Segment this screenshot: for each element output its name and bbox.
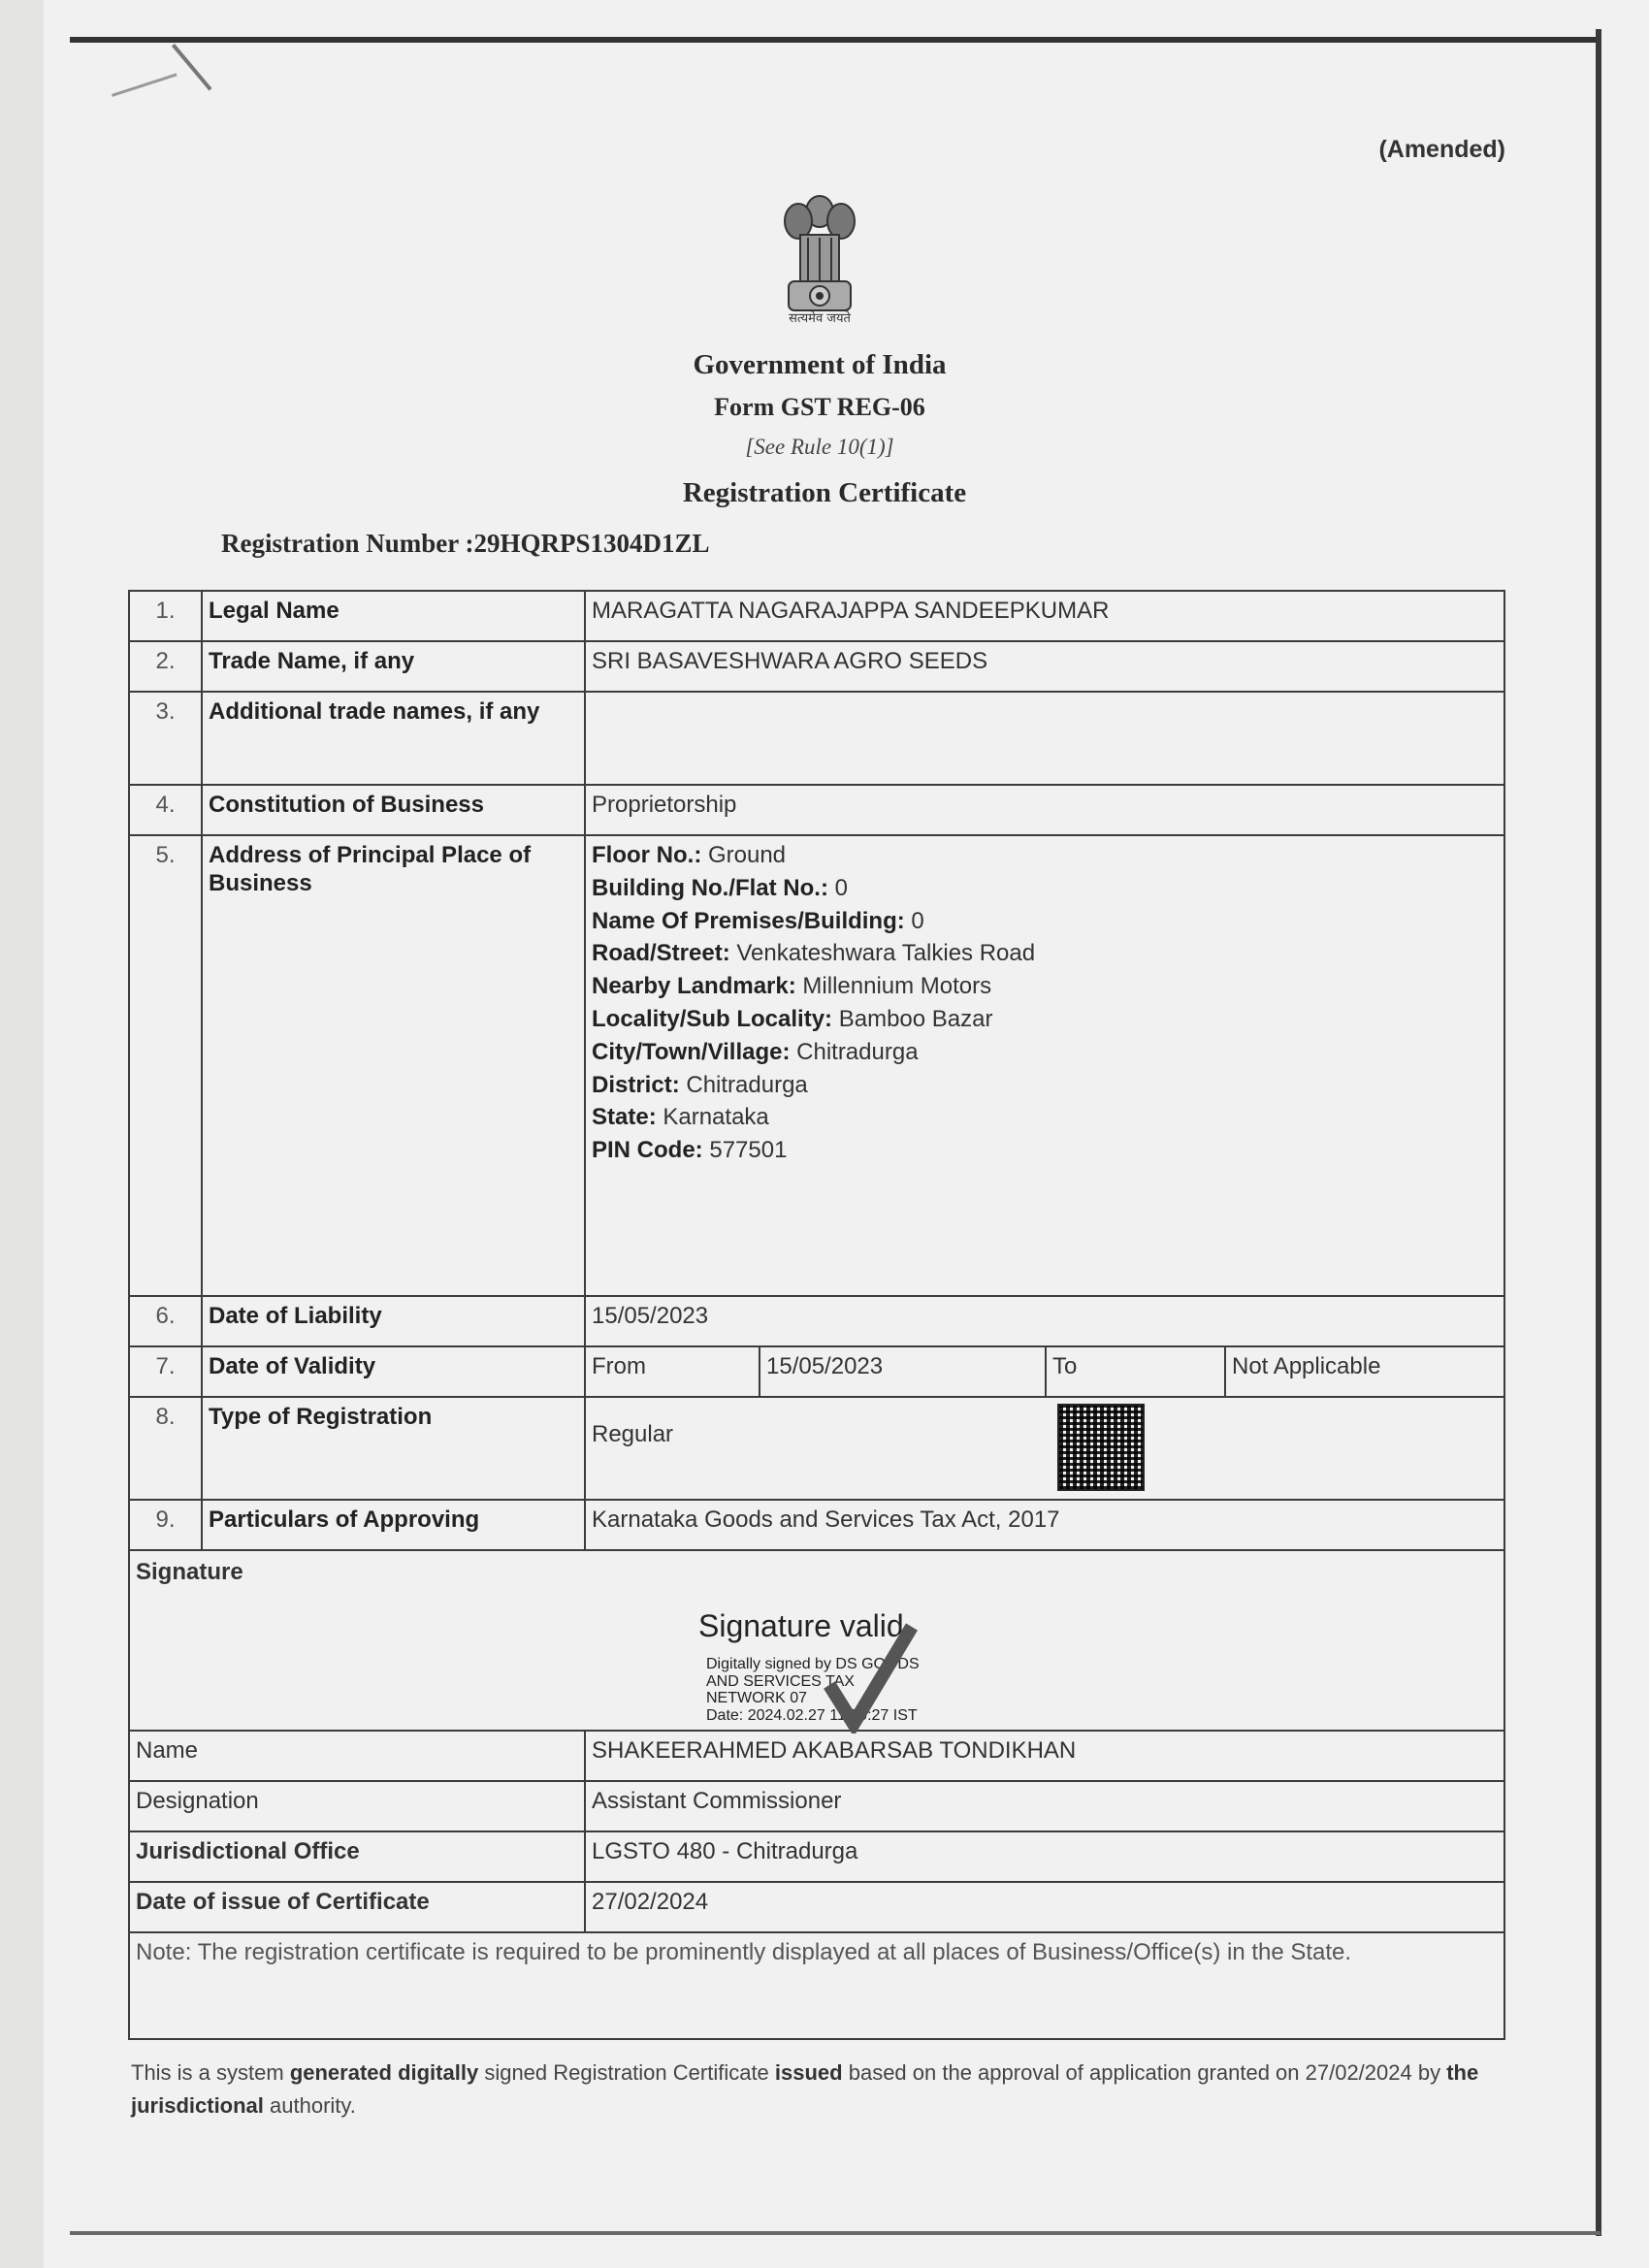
validity-to-label: To [1046, 1346, 1225, 1397]
validity-from-label: From [585, 1346, 760, 1397]
address-pin: PIN Code: 577501 [592, 1137, 1498, 1165]
display-note: Note: The registration certificate is re… [129, 1932, 1504, 2039]
table-row: 4. Constitution of Business Proprietorsh… [129, 785, 1504, 835]
trade-name-label: Trade Name, if any [202, 641, 585, 692]
table-row: 3. Additional trade names, if any [129, 692, 1504, 785]
certificate-table: 1. Legal Name MARAGATTA NAGARAJAPPA SAND… [128, 590, 1505, 2040]
government-title: Government of India [0, 349, 1644, 381]
row-number: 6. [129, 1296, 202, 1346]
table-row: Jurisdictional Office LGSTO 480 - Chitra… [129, 1831, 1504, 1882]
signature-cell: Signature Signature valid Digitally sign… [129, 1550, 1504, 1731]
table-row: 7. Date of Validity From 15/05/2023 To N… [129, 1346, 1504, 1397]
legal-name-label: Legal Name [202, 591, 585, 641]
registration-number-label: Registration Number : [221, 529, 473, 558]
table-row: 2. Trade Name, if any SRI BASAVESHWARA A… [129, 641, 1504, 692]
validity-to-value: Not Applicable [1225, 1346, 1504, 1397]
issue-date-label: Date of issue of Certificate [129, 1882, 585, 1932]
row-number: 2. [129, 641, 202, 692]
row-number: 9. [129, 1500, 202, 1550]
row-number: 5. [129, 835, 202, 1296]
row-number: 4. [129, 785, 202, 835]
validity-from-value: 15/05/2023 [760, 1346, 1046, 1397]
officer-name-value: SHAKEERAHMED AKABARSAB TONDIKHAN [585, 1731, 1504, 1781]
approving-particulars-value: Karnataka Goods and Services Tax Act, 20… [585, 1500, 1504, 1550]
registration-type-label: Type of Registration [202, 1397, 585, 1500]
address-city: City/Town/Village: Chitradurga [592, 1039, 1498, 1067]
designation-value: Assistant Commissioner [585, 1781, 1504, 1831]
table-row: 6. Date of Liability 15/05/2023 [129, 1296, 1504, 1346]
jurisdictional-office-label: Jurisdictional Office [129, 1831, 585, 1882]
date-of-validity-label: Date of Validity [202, 1346, 585, 1397]
table-row: Name SHAKEERAHMED AKABARSAB TONDIKHAN [129, 1731, 1504, 1781]
checkmark-icon [815, 1617, 921, 1733]
address-building: Building No./Flat No.: 0 [592, 875, 1498, 903]
qr-code-icon [1057, 1404, 1145, 1491]
table-row: Date of issue of Certificate 27/02/2024 [129, 1882, 1504, 1932]
officer-name-label: Name [129, 1731, 585, 1781]
address-state: State: Karnataka [592, 1104, 1498, 1132]
table-row: Designation Assistant Commissioner [129, 1781, 1504, 1831]
address-label: Address of Principal Place of Business [202, 835, 585, 1296]
constitution-label: Constitution of Business [202, 785, 585, 835]
amended-label: (Amended) [1378, 136, 1505, 164]
date-of-liability-label: Date of Liability [202, 1296, 585, 1346]
emblem-motto: सत्यमेव जयते [761, 308, 878, 326]
address-premises: Name Of Premises/Building: 0 [592, 908, 1498, 936]
table-row: 9. Particulars of Approving Karnataka Go… [129, 1500, 1504, 1550]
table-row: 8. Type of Registration Regular [129, 1397, 1504, 1500]
jurisdictional-office-value: LGSTO 480 - Chitradurga [585, 1831, 1504, 1882]
registration-number: Registration Number :29HQRPS1304D1ZL [221, 529, 710, 559]
note-row: Note: The registration certificate is re… [129, 1932, 1504, 2039]
signature-label: Signature [136, 1559, 1498, 1587]
additional-trade-names-value [585, 692, 1504, 785]
date-of-liability-value: 15/05/2023 [585, 1296, 1504, 1346]
table-row: 1. Legal Name MARAGATTA NAGARAJAPPA SAND… [129, 591, 1504, 641]
issue-date-value: 27/02/2024 [585, 1882, 1504, 1932]
registration-type-value: Regular [592, 1421, 1057, 1449]
page-border-bottom [70, 2231, 1600, 2235]
legal-name-value: MARAGATTA NAGARAJAPPA SANDEEPKUMAR [585, 591, 1504, 641]
address-locality: Locality/Sub Locality: Bamboo Bazar [592, 1006, 1498, 1034]
address-district: District: Chitradurga [592, 1072, 1498, 1100]
trade-name-value: SRI BASAVESHWARA AGRO SEEDS [585, 641, 1504, 692]
row-number: 7. [129, 1346, 202, 1397]
registration-number-value: 29HQRPS1304D1ZL [473, 529, 709, 558]
designation-label: Designation [129, 1781, 585, 1831]
system-generated-notice: This is a system generated digitally sig… [131, 2057, 1489, 2122]
table-row: 5. Address of Principal Place of Busines… [129, 835, 1504, 1296]
form-title: Form GST REG-06 [0, 393, 1644, 422]
address-landmark: Nearby Landmark: Millennium Motors [592, 973, 1498, 1001]
scan-edge [0, 0, 44, 2268]
address-road: Road/Street: Venkateshwara Talkies Road [592, 940, 1498, 968]
registration-type-cell: Regular [585, 1397, 1504, 1500]
row-number: 1. [129, 591, 202, 641]
row-number: 3. [129, 692, 202, 785]
approving-particulars-label: Particulars of Approving [202, 1500, 585, 1550]
address-value: Floor No.: Ground Building No./Flat No.:… [585, 835, 1504, 1296]
row-number: 8. [129, 1397, 202, 1500]
address-floor: Floor No.: Ground [592, 842, 1498, 870]
constitution-value: Proprietorship [585, 785, 1504, 835]
page-border-top [70, 37, 1600, 43]
additional-trade-names-label: Additional trade names, if any [202, 692, 585, 785]
rule-reference: [See Rule 10(1)] [0, 435, 1644, 460]
certificate-title: Registration Certificate [0, 477, 1649, 509]
signature-row: Signature Signature valid Digitally sign… [129, 1550, 1504, 1731]
